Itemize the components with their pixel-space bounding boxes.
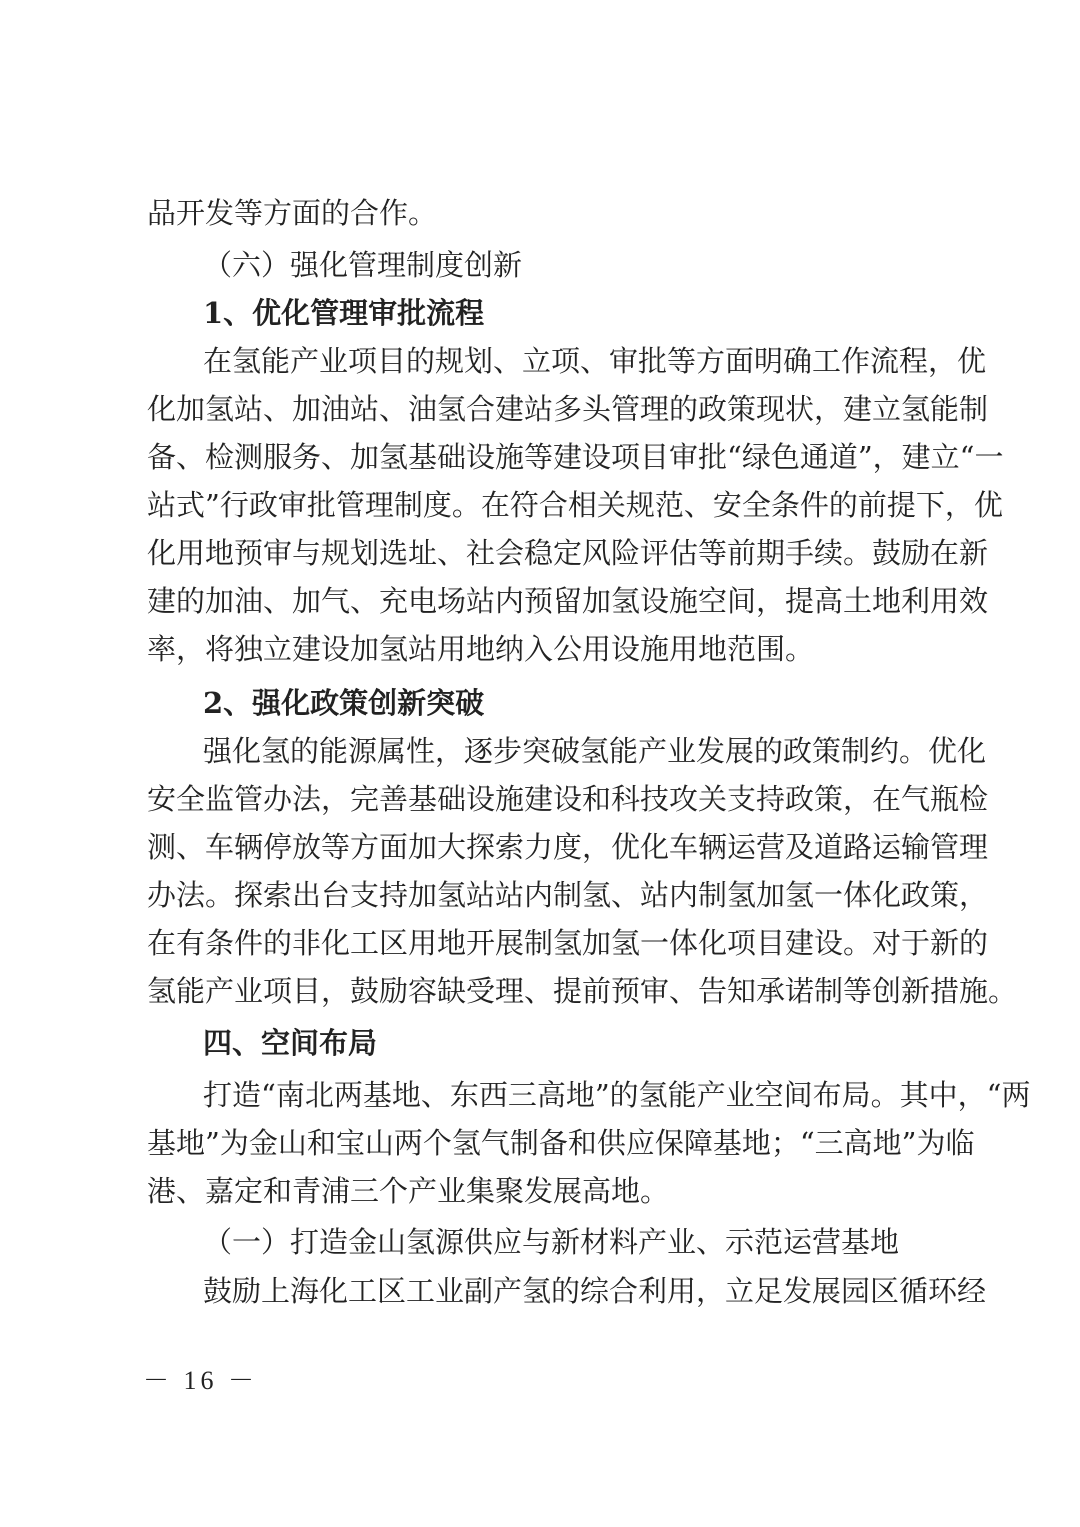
paragraph-line: 强化氢的能源属性，逐步突破氢能产业发展的政策制约。优化: [203, 731, 937, 771]
document-page: 品开发等方面的合作。 （六）强化管理制度创新 1、优化管理审批流程 在氢能产业项…: [0, 0, 1080, 1527]
paragraph-line: 备、检测服务、加氢基础设施等建设项目审批“绿色通道”，建立“一: [147, 437, 937, 477]
paragraph-line: 测、车辆停放等方面加大探索力度，优化车辆运营及道路运输管理: [147, 827, 937, 867]
section-heading-6: （六）强化管理制度创新: [203, 245, 937, 285]
subheading-1: 1、优化管理审批流程: [203, 293, 937, 333]
paragraph-line: 在有条件的非化工区用地开展制氢加氢一体化项目建设。对于新的: [147, 923, 937, 963]
paragraph-continuation: 品开发等方面的合作。: [147, 193, 937, 233]
paragraph-line: 建的加油、加气、充电场站内预留加氢设施空间，提高土地利用效: [147, 581, 937, 621]
page-number: － 16 －: [143, 1360, 258, 1397]
section-heading-1: （一）打造金山氢源供应与新材料产业、示范运营基地: [203, 1222, 937, 1262]
chapter-heading-4: 四、空间布局: [203, 1023, 937, 1063]
paragraph-line: 港、嘉定和青浦三个产业集聚发展高地。: [147, 1171, 937, 1211]
paragraph-line: 在氢能产业项目的规划、立项、审批等方面明确工作流程，优: [203, 341, 937, 381]
paragraph-line: 站式”行政审批管理制度。在符合相关规范、安全条件的前提下，优: [147, 485, 937, 525]
paragraph-line: 率，将独立建设加氢站用地纳入公用设施用地范围。: [147, 629, 937, 669]
paragraph-line: 化用地预审与规划选址、社会稳定风险评估等前期手续。鼓励在新: [147, 533, 937, 573]
paragraph-line: 打造“南北两基地、东西三高地”的氢能产业空间布局。其中，“两: [203, 1075, 937, 1115]
paragraph-line: 安全监管办法，完善基础设施建设和科技攻关支持政策，在气瓶检: [147, 779, 937, 819]
paragraph-line: 鼓励上海化工区工业副产氢的综合利用，立足发展园区循环经: [203, 1271, 937, 1311]
paragraph-line: 化加氢站、加油站、油氢合建站多头管理的政策现状，建立氢能制: [147, 389, 937, 429]
subheading-2: 2、强化政策创新突破: [203, 683, 937, 723]
paragraph-line: 氢能产业项目，鼓励容缺受理、提前预审、告知承诺制等创新措施。: [147, 971, 937, 1011]
paragraph-line: 办法。探索出台支持加氢站站内制氢、站内制氢加氢一体化政策，: [147, 875, 937, 915]
paragraph-line: 基地”为金山和宝山两个氢气制备和供应保障基地；“三高地”为临: [147, 1123, 937, 1163]
